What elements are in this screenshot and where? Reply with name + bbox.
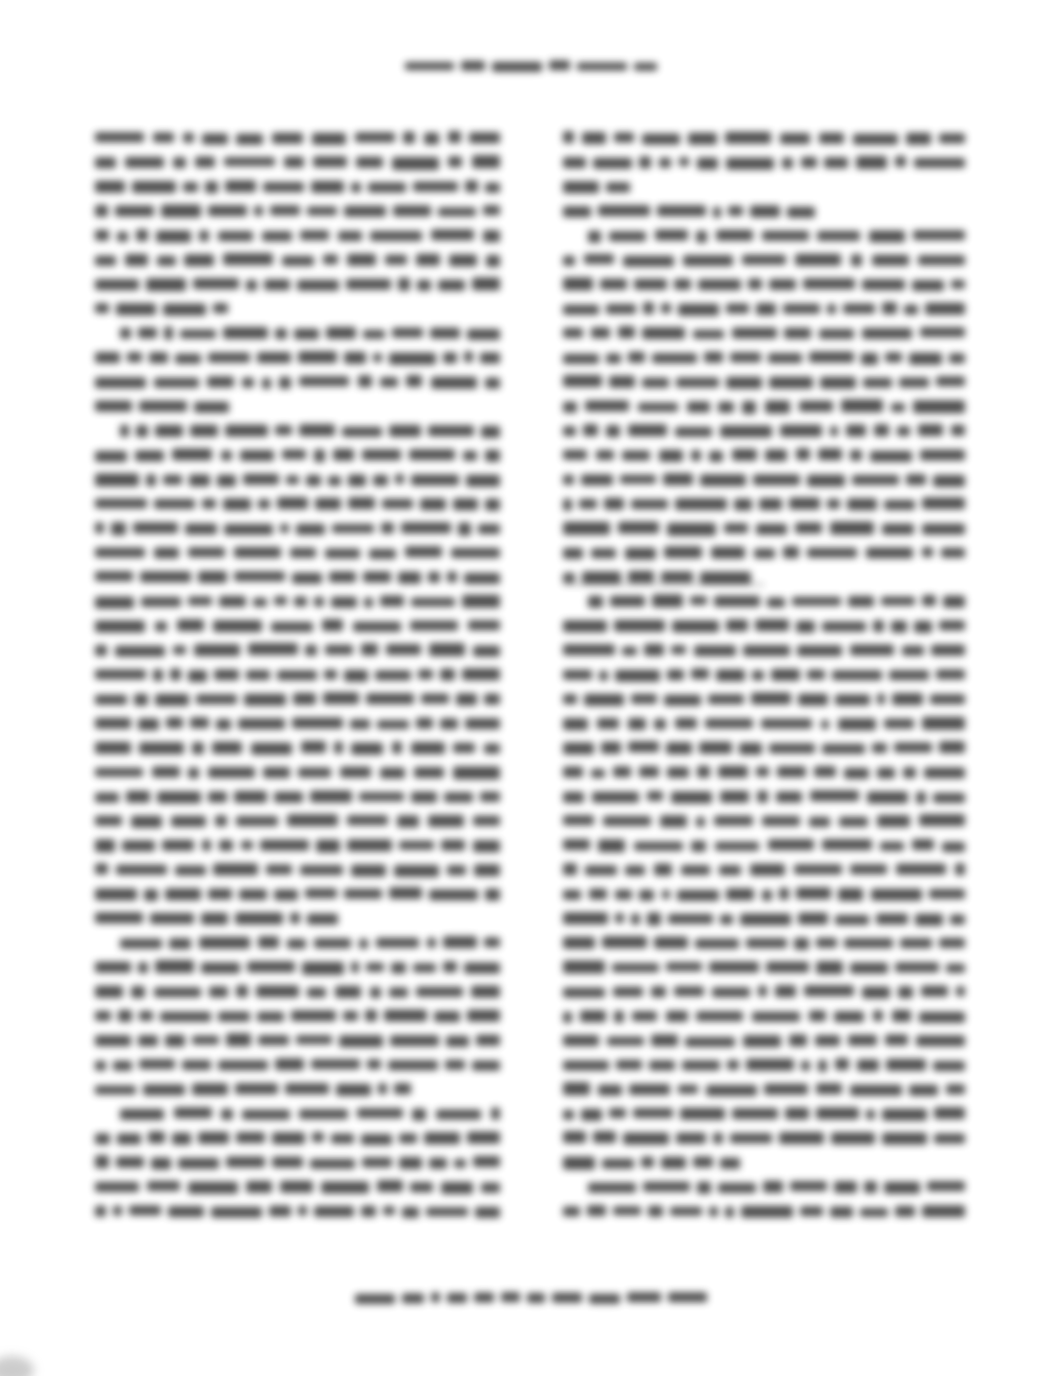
blurred-word xyxy=(165,888,201,900)
blurred-word xyxy=(609,376,635,388)
blurred-text-line xyxy=(95,663,500,687)
blurred-word xyxy=(160,1012,211,1022)
blurred-word xyxy=(563,890,581,900)
blurred-word xyxy=(549,61,571,70)
blurred-word xyxy=(877,693,885,704)
blurred-word xyxy=(877,815,910,827)
blurred-word xyxy=(148,1132,165,1144)
blurred-word xyxy=(614,620,665,632)
blurred-word xyxy=(830,522,874,534)
blurred-word xyxy=(443,961,457,972)
blurred-word xyxy=(445,1059,465,1070)
blurred-word xyxy=(469,132,500,143)
blurred-word xyxy=(293,693,316,705)
blurred-word xyxy=(787,207,815,218)
blurred-word xyxy=(405,546,442,557)
blurred-word xyxy=(95,157,116,168)
blurred-word xyxy=(156,230,190,242)
blurred-word xyxy=(134,694,148,706)
blurred-word xyxy=(648,1206,663,1217)
blurred-word xyxy=(816,1083,842,1094)
blurred-word xyxy=(620,475,656,485)
blurred-word xyxy=(491,1108,500,1120)
blurred-word xyxy=(392,328,423,338)
blurred-word xyxy=(95,1206,106,1217)
blurred-word xyxy=(906,133,931,145)
blurred-text-line xyxy=(95,809,500,833)
blurred-word xyxy=(392,157,438,169)
blurred-word xyxy=(299,424,335,436)
blurred-word xyxy=(126,791,149,803)
blurred-word xyxy=(448,131,461,143)
blurred-word xyxy=(796,621,815,633)
blurred-word xyxy=(708,694,744,705)
blurred-word xyxy=(95,303,109,314)
blurred-word xyxy=(453,498,479,510)
blurred-word xyxy=(279,377,291,389)
blurred-word xyxy=(411,597,455,607)
blurred-word xyxy=(240,450,274,461)
blurred-word xyxy=(789,1034,808,1046)
blurred-word xyxy=(693,1156,713,1168)
blurred-word xyxy=(290,913,300,924)
blurred-word xyxy=(853,133,898,144)
blurred-word xyxy=(373,353,382,363)
blurred-word xyxy=(208,767,255,778)
blurred-text-line xyxy=(563,955,965,979)
blurred-word xyxy=(894,742,932,752)
blurred-word xyxy=(471,986,500,998)
blurred-word xyxy=(431,377,477,389)
blurred-word xyxy=(358,375,372,387)
blurred-word xyxy=(138,328,157,338)
blurred-word xyxy=(909,1085,938,1096)
blurred-word xyxy=(631,694,657,704)
blurred-word xyxy=(202,133,227,144)
blurred-word xyxy=(155,694,188,705)
blurred-word xyxy=(269,1206,291,1217)
blurred-word xyxy=(448,156,463,167)
blurred-word xyxy=(208,205,247,216)
blurred-word xyxy=(709,1207,718,1217)
blurred-word xyxy=(850,962,889,973)
blurred-word xyxy=(336,1084,372,1096)
blurred-word xyxy=(365,1010,378,1022)
blurred-word xyxy=(131,816,162,827)
blurred-word xyxy=(765,449,787,461)
blurred-word xyxy=(754,548,775,558)
blurred-word xyxy=(670,1206,702,1216)
blurred-word xyxy=(939,620,965,631)
blurred-word xyxy=(834,1011,864,1022)
blurred-word xyxy=(199,937,250,949)
blurred-word xyxy=(610,596,645,606)
blurred-word xyxy=(209,987,227,998)
blurred-text-line xyxy=(95,1077,500,1101)
blurred-word xyxy=(175,353,201,363)
blurred-word xyxy=(188,1182,239,1193)
blurred-word xyxy=(591,327,610,337)
blurred-word xyxy=(257,352,291,363)
blurred-word xyxy=(218,1060,268,1070)
blurred-word xyxy=(403,132,415,144)
blurred-word xyxy=(755,619,789,631)
blurred-word xyxy=(874,424,889,436)
blurred-word xyxy=(115,206,154,216)
blurred-word xyxy=(113,1061,132,1072)
blurred-word xyxy=(399,1134,417,1144)
blurred-text-line xyxy=(563,1004,965,1028)
blurred-word xyxy=(95,1085,136,1095)
blurred-word xyxy=(676,1132,706,1143)
blurred-word xyxy=(678,304,719,315)
blurred-word xyxy=(305,889,338,899)
blurred-word xyxy=(95,522,104,534)
blurred-word xyxy=(563,742,594,754)
blurred-word xyxy=(173,158,186,168)
blurred-word xyxy=(563,1012,572,1023)
blurred-word xyxy=(776,792,802,803)
blurred-word xyxy=(563,304,599,315)
blurred-word xyxy=(661,571,693,582)
blurred-word xyxy=(819,329,854,339)
blurred-word xyxy=(592,792,639,803)
blurred-word xyxy=(138,718,159,730)
blurred-word xyxy=(208,792,228,803)
blurred-word xyxy=(891,403,905,413)
blurred-word xyxy=(920,449,965,460)
blurred-word xyxy=(397,816,419,828)
blurred-word xyxy=(296,1035,332,1045)
blurred-text-line xyxy=(95,467,500,491)
blurred-word xyxy=(195,157,214,167)
blurred-word xyxy=(378,1083,387,1094)
blurred-word xyxy=(426,1207,469,1217)
blurred-word xyxy=(351,182,361,193)
blurred-word xyxy=(655,230,688,241)
blurred-text-line xyxy=(95,1150,500,1174)
blurred-word xyxy=(311,181,344,193)
blurred-word xyxy=(821,720,830,730)
blurred-word xyxy=(428,426,474,437)
blurred-word xyxy=(628,425,667,436)
blurred-word xyxy=(897,426,911,436)
blurred-word xyxy=(706,1085,757,1095)
blurred-word xyxy=(132,181,175,193)
running-head-blurred-text xyxy=(405,57,657,75)
blurred-word xyxy=(480,792,500,802)
blurred-word xyxy=(785,1108,809,1120)
blurred-word xyxy=(924,767,965,778)
blurred-word xyxy=(641,1157,654,1167)
blurred-word xyxy=(438,280,465,291)
blurred-word xyxy=(718,766,749,778)
blurred-word xyxy=(413,181,458,191)
blurred-word xyxy=(440,668,455,680)
blurred-word xyxy=(143,1085,185,1095)
blurred-word xyxy=(446,1036,469,1047)
blurred-text-line xyxy=(563,565,965,589)
blurred-word xyxy=(208,888,232,899)
blurred-word xyxy=(742,401,756,413)
blurred-word xyxy=(844,938,893,948)
blurred-word xyxy=(314,938,351,948)
blurred-word xyxy=(247,962,296,973)
blurred-word xyxy=(563,131,574,143)
blurred-text-line xyxy=(95,541,500,565)
blurred-word xyxy=(453,767,500,779)
blurred-word xyxy=(757,790,768,802)
blurred-word xyxy=(410,621,458,631)
blurred-word xyxy=(768,839,814,850)
blurred-word xyxy=(758,986,767,997)
blurred-word xyxy=(125,157,163,169)
blurred-word xyxy=(262,231,292,241)
blurred-word xyxy=(277,497,308,509)
blurred-word xyxy=(246,280,256,291)
blurred-word xyxy=(725,1206,734,1217)
blurred-text-line xyxy=(563,175,965,199)
blurred-word xyxy=(270,206,300,216)
blurred-word xyxy=(661,303,672,313)
blurred-word xyxy=(351,962,359,973)
blurred-word xyxy=(131,986,145,997)
blurred-word xyxy=(746,938,787,948)
blurred-word xyxy=(815,1035,840,1046)
blurred-word xyxy=(872,743,887,753)
blurred-word xyxy=(411,742,445,754)
blurred-word xyxy=(194,644,240,656)
blurred-word xyxy=(563,206,591,216)
blurred-word xyxy=(95,718,131,728)
blurred-word xyxy=(351,865,387,877)
blurred-word xyxy=(226,1156,265,1167)
blurred-word xyxy=(253,598,267,608)
blurred-word xyxy=(892,1010,911,1022)
blurred-text-line xyxy=(95,1175,500,1199)
blurred-text-line xyxy=(563,346,965,370)
blurred-word xyxy=(680,1108,725,1120)
blurred-word xyxy=(835,1058,849,1070)
blurred-word xyxy=(389,352,436,364)
blurred-word xyxy=(652,353,697,363)
blurred-word xyxy=(956,986,965,997)
blurred-word xyxy=(676,378,719,388)
blurred-word xyxy=(664,546,702,558)
blurred-word xyxy=(920,327,965,337)
blurred-word xyxy=(814,766,836,776)
blurred-word xyxy=(163,475,181,485)
blurred-text-line xyxy=(95,833,500,857)
blurred-word xyxy=(895,1206,915,1217)
blurred-word xyxy=(194,402,229,414)
blurred-word xyxy=(153,669,162,681)
blurred-word xyxy=(580,1011,606,1023)
blurred-word xyxy=(807,474,845,486)
blurred-word xyxy=(95,620,145,632)
blurred-word xyxy=(726,157,774,169)
blurred-word xyxy=(409,449,455,460)
blurred-word xyxy=(644,644,664,656)
blurred-word xyxy=(363,571,391,582)
blurred-word xyxy=(310,790,352,802)
blurred-word xyxy=(563,522,610,534)
blurred-word xyxy=(642,327,685,339)
blurred-word xyxy=(465,718,499,729)
blurred-text-line xyxy=(563,638,965,662)
blurred-word xyxy=(139,1059,175,1070)
blurred-word xyxy=(654,863,672,875)
blurred-word xyxy=(871,889,922,901)
blurred-word xyxy=(677,890,718,901)
blurred-word xyxy=(146,474,156,486)
blurred-word xyxy=(467,329,500,340)
blurred-word xyxy=(418,669,433,679)
blurred-word xyxy=(783,546,798,558)
blurred-word xyxy=(411,792,437,803)
blurred-text-line xyxy=(563,492,965,516)
blurred-word xyxy=(860,1208,888,1218)
blurred-word xyxy=(339,1035,383,1047)
blurred-text-line xyxy=(563,589,965,613)
blurred-word xyxy=(582,572,621,584)
blurred-word xyxy=(154,499,195,509)
blurred-word xyxy=(927,1181,965,1192)
blurred-word xyxy=(598,840,625,852)
blurred-word xyxy=(631,914,640,925)
blurred-word xyxy=(343,1011,357,1021)
blurred-word xyxy=(585,400,629,412)
blurred-word xyxy=(335,986,362,998)
blurred-text-line xyxy=(563,394,965,418)
blurred-word xyxy=(885,352,902,362)
blurred-word xyxy=(741,1206,793,1218)
blurred-word xyxy=(244,694,286,706)
blurred-word xyxy=(301,741,326,753)
blurred-word xyxy=(421,694,449,704)
blurred-word xyxy=(675,426,712,437)
blurred-word xyxy=(563,328,583,338)
blurred-word xyxy=(361,1205,375,1217)
blurred-word xyxy=(280,1181,313,1193)
blurred-word xyxy=(234,791,266,803)
blurred-word xyxy=(666,1010,688,1021)
blurred-word xyxy=(430,327,460,338)
blurred-word xyxy=(377,1180,402,1192)
blurred-word xyxy=(838,718,876,730)
blurred-word xyxy=(634,279,666,290)
blurred-word xyxy=(955,863,965,875)
blurred-text-line xyxy=(563,1199,965,1223)
blurred-word xyxy=(661,1156,686,1168)
blurred-word xyxy=(882,1109,927,1121)
blurred-word xyxy=(585,865,616,875)
blurred-word xyxy=(155,621,167,631)
blurred-word xyxy=(651,987,666,998)
blurred-word xyxy=(307,987,326,998)
blurred-word xyxy=(326,327,355,339)
blurred-text-line xyxy=(95,297,500,321)
blurred-word xyxy=(300,865,343,875)
blurred-text-line xyxy=(95,955,500,979)
blurred-word xyxy=(914,621,932,633)
blurred-word xyxy=(256,985,299,997)
blurred-word xyxy=(634,62,657,71)
blurred-word xyxy=(889,670,929,680)
blurred-text-line xyxy=(95,394,500,418)
blurred-word xyxy=(615,890,632,900)
blurred-word xyxy=(277,670,317,680)
blurred-word xyxy=(314,449,324,461)
blurred-word xyxy=(916,791,926,803)
blurred-word xyxy=(383,1206,396,1216)
blurred-word xyxy=(331,597,357,608)
blurred-word xyxy=(258,937,280,948)
blurred-word xyxy=(850,864,887,874)
blurred-word xyxy=(666,962,702,972)
blurred-word xyxy=(95,230,109,241)
blurred-word xyxy=(177,620,204,631)
blurred-word xyxy=(198,1132,229,1144)
blurred-text-line xyxy=(563,809,965,833)
blurred-word xyxy=(188,547,225,557)
blurred-word xyxy=(796,887,831,899)
blurred-word xyxy=(790,1181,827,1192)
blurred-word xyxy=(877,767,895,778)
blurred-word xyxy=(862,279,906,290)
blurred-word xyxy=(711,547,745,559)
blurred-word xyxy=(342,427,382,437)
blurred-word xyxy=(943,595,964,607)
blurred-word xyxy=(659,157,671,167)
blurred-word xyxy=(824,158,848,168)
blurred-word xyxy=(154,378,200,388)
blurred-text-line xyxy=(95,443,500,467)
blurred-text-line xyxy=(95,1199,500,1223)
blurred-word xyxy=(880,841,904,851)
blurred-word xyxy=(485,377,500,388)
blurred-text-line xyxy=(563,760,965,784)
blurred-word xyxy=(155,425,182,437)
blurred-word xyxy=(581,475,613,486)
blurred-word xyxy=(743,1035,780,1047)
blurred-word xyxy=(950,914,965,924)
blurred-word xyxy=(115,646,165,656)
blurred-word xyxy=(763,1181,784,1192)
blurred-word xyxy=(139,400,186,412)
blurred-word xyxy=(424,133,439,144)
blurred-word xyxy=(801,1060,810,1071)
blurred-word xyxy=(431,1292,440,1303)
blurred-word xyxy=(95,840,115,852)
blurred-word xyxy=(563,1035,599,1046)
blurred-word xyxy=(215,815,227,826)
blurred-word xyxy=(649,1060,674,1071)
blurred-word xyxy=(224,157,276,167)
left-text-column xyxy=(95,126,500,1224)
blurred-text-line xyxy=(563,614,965,638)
blurred-word xyxy=(606,425,620,437)
blurred-word xyxy=(922,523,965,535)
blurred-word xyxy=(768,353,803,363)
blurred-word xyxy=(170,668,181,680)
blurred-word xyxy=(95,132,144,142)
blurred-word xyxy=(616,1060,641,1070)
blurred-word xyxy=(389,887,422,899)
blurred-word xyxy=(258,1035,289,1045)
blurred-text-line xyxy=(563,248,965,272)
blurred-word xyxy=(675,498,726,510)
